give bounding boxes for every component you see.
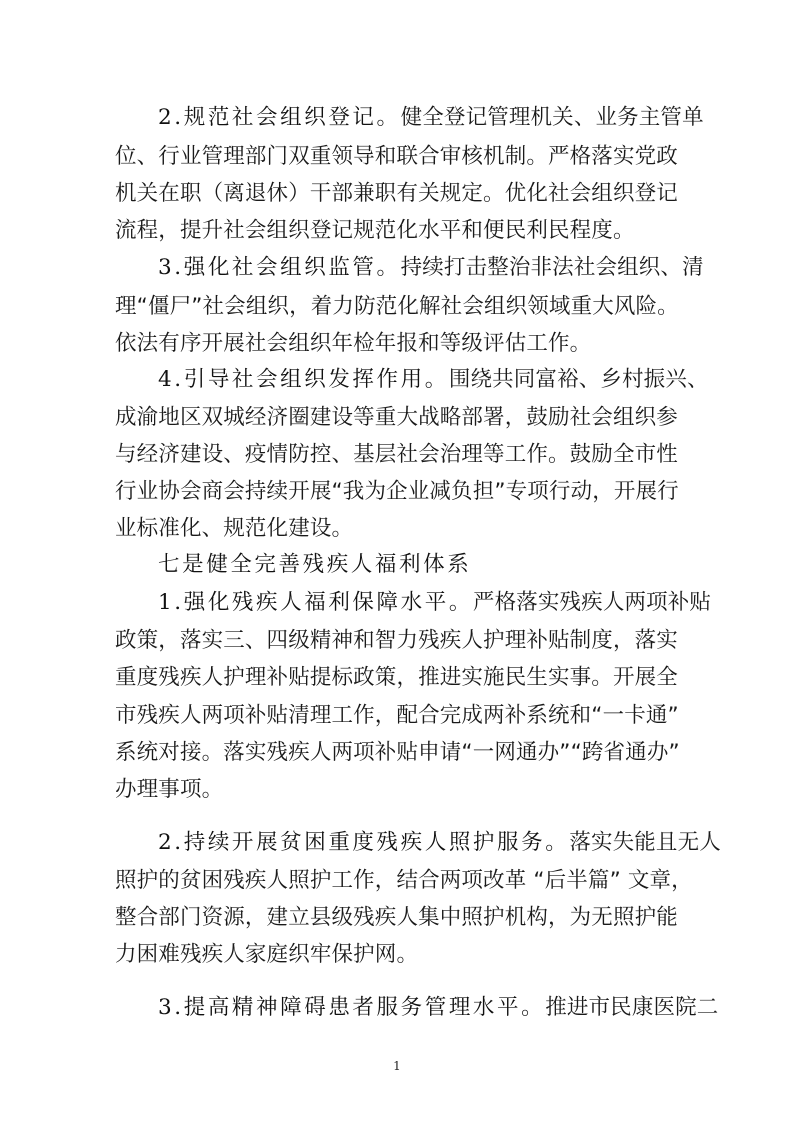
paragraph-line: 重度残疾人护理补贴提标政策，推进实施民生实事。开展全 [115, 665, 681, 691]
paragraph-line: 整合部门资源，建立县级残疾人集中照护机构，为无照护能 [115, 905, 681, 931]
paragraph-line: 流程，提升社会组织登记规范化水平和便民利民程度。 [115, 218, 681, 244]
paragraph-line: 成渝地区双城经济圈建设等重大战略部署，鼓励社会组织参 [115, 405, 681, 431]
paragraph-text: 围绕共同富裕、乡村振兴、 [449, 367, 709, 392]
section-heading: 七是健全完善残疾人福利体系 [158, 552, 681, 578]
paragraph-lead: 3.强化社会组织监管。 [158, 255, 401, 280]
paragraph-lead: 3.提高精神障碍患者服务管理水平。 [158, 995, 545, 1020]
paragraph-text: 健全登记管理机关、业务主管单 [401, 105, 704, 130]
paragraph-line: 业标准化、规范化建设。 [115, 516, 681, 542]
paragraph-line: 2.持续开展贫困重度残疾人照护服务。落实失能且无人 [158, 830, 681, 856]
paragraph-text: 落实失能且无人 [569, 830, 721, 855]
paragraph-line: 依法有序开展社会组织年检年报和等级评估工作。 [115, 331, 681, 357]
paragraph-line: 办理事项。 [115, 777, 681, 803]
paragraph-line: 3.强化社会组织监管。持续打击整治非法社会组织、清 [158, 255, 681, 281]
paragraph-line: 4.引导社会组织发挥作用。围绕共同富裕、乡村振兴、 [158, 367, 681, 393]
paragraph-lead: 2.规范社会组织登记。 [158, 105, 401, 130]
paragraph-text: 推进市民康医院二 [545, 995, 718, 1020]
page-number: 1 [387, 1059, 407, 1073]
paragraph-line: 力困难残疾人家庭织牢保护网。 [115, 942, 681, 968]
paragraph-lead: 1.强化残疾人福利保障水平。 [158, 590, 473, 615]
paragraph-line: 与经济建设、疫情防控、基层社会治理等工作。鼓励全市性 [115, 442, 681, 468]
paragraph-line: 政策，落实三、四级精神和智力残疾人护理补贴制度，落实 [115, 628, 681, 654]
paragraph-line: 1.强化残疾人福利保障水平。严格落实残疾人两项补贴 [158, 590, 681, 616]
document-page: 2.规范社会组织登记。健全登记管理机关、业务主管单 位、行业管理部门双重领导和联… [0, 0, 794, 1122]
paragraph-text: 严格落实残疾人两项补贴 [473, 590, 711, 615]
paragraph-line: 机关在职（离退休）干部兼职有关规定。优化社会组织登记 [115, 181, 681, 207]
paragraph-line: 市残疾人两项补贴清理工作，配合完成两补系统和“一卡通” [115, 703, 681, 729]
paragraph-lead: 2.持续开展贫困重度残疾人照护服务。 [158, 830, 569, 855]
paragraph-lead: 4.引导社会组织发挥作用。 [158, 367, 449, 392]
paragraph-line: 系统对接。落实残疾人两项补贴申请“一网通办”“跨省通办” [115, 740, 681, 766]
paragraph-line: 照护的贫困残疾人照护工作，结合两项改革 “后半篇” 文章， [115, 868, 681, 894]
paragraph-text: 持续打击整治非法社会组织、清 [401, 255, 704, 280]
paragraph-line: 3.提高精神障碍患者服务管理水平。推进市民康医院二 [158, 995, 681, 1021]
paragraph-line: 理“僵尸”社会组织，着力防范化解社会组织领域重大风险。 [115, 294, 681, 320]
paragraph-line: 行业协会商会持续开展“我为企业减负担”专项行动，开展行 [115, 479, 681, 505]
paragraph-line: 2.规范社会组织登记。健全登记管理机关、业务主管单 [158, 105, 681, 131]
paragraph-line: 位、行业管理部门双重领导和联合审核机制。严格落实党政 [115, 144, 681, 170]
